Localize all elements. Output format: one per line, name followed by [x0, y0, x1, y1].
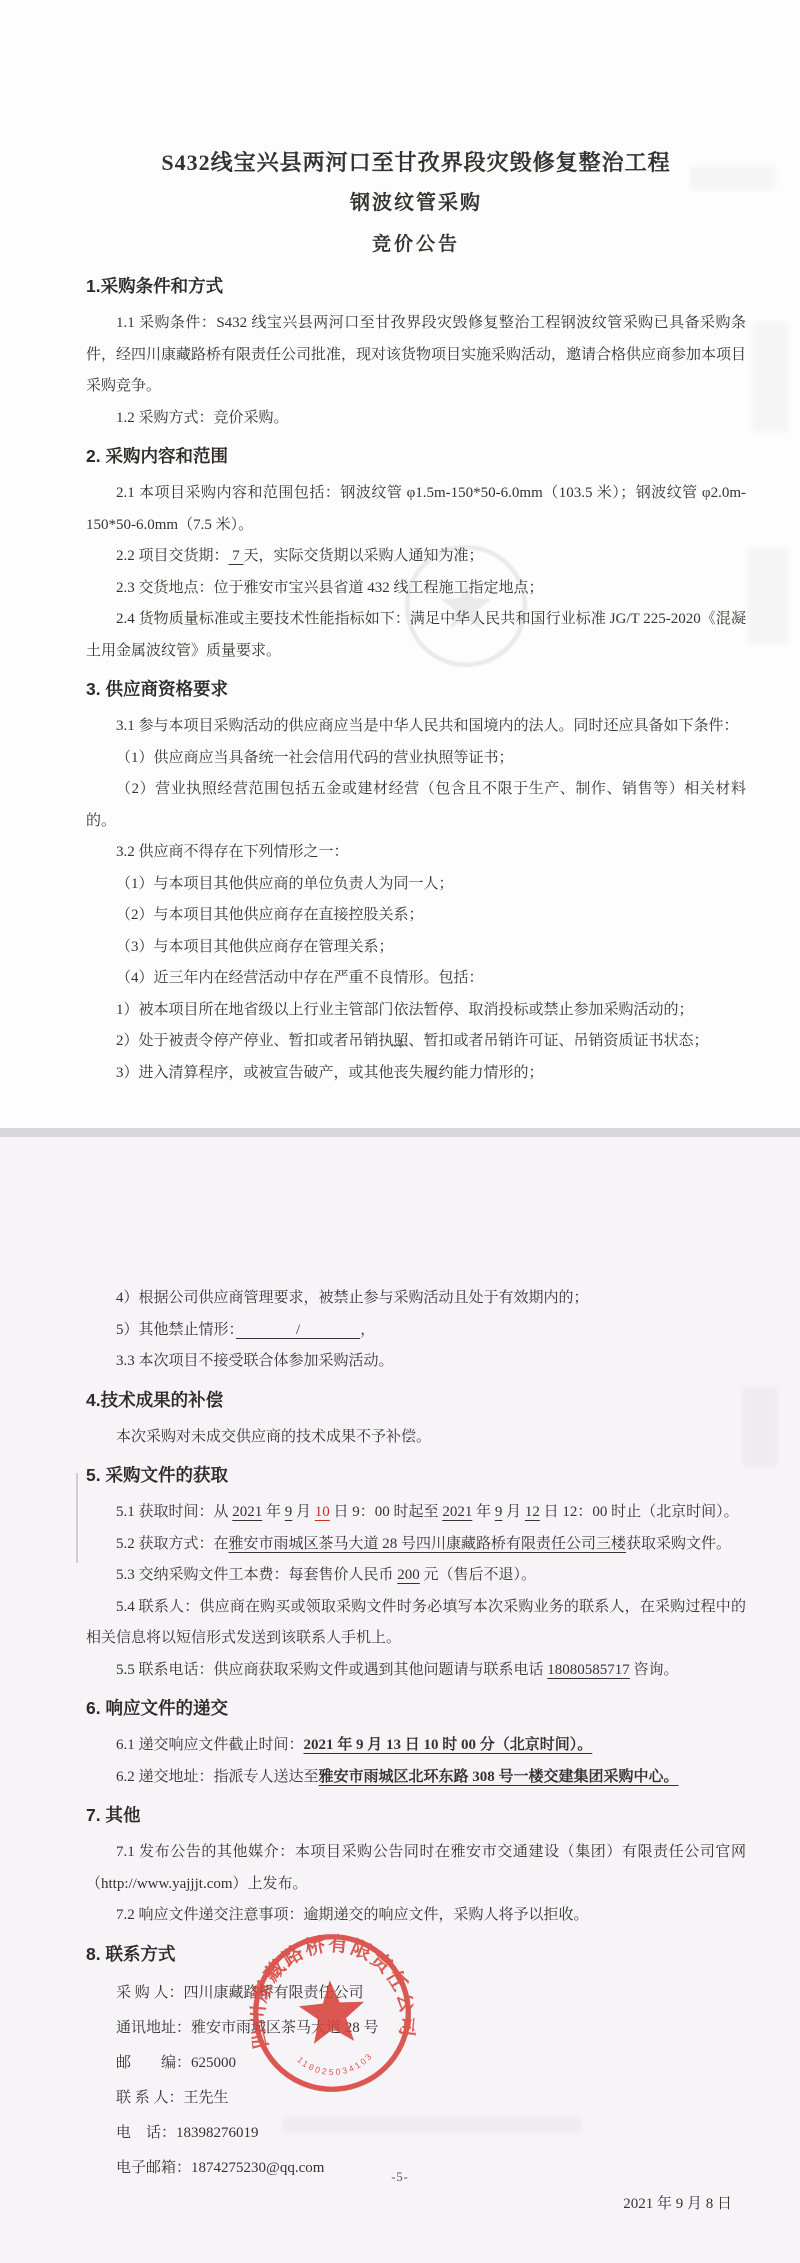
- page-number: -5-: [0, 2170, 800, 2185]
- contact-purchaser: 采 购 人：四川康藏路桥有限责任公司: [86, 1976, 746, 2011]
- clause-1-2: 1.2 采购方式：竞价采购。: [86, 403, 746, 435]
- clause-2-2: 2.2 项目交货期： 7 天，实际交货期以采购人通知为准；: [86, 541, 746, 573]
- clause-3-2-item-2: （2）与本项目其他供应商存在直接控股关系；: [86, 900, 746, 932]
- section-5-heading: 5. 采购文件的获取: [86, 1453, 746, 1497]
- clause-2-1: 2.1 本项目采购内容和范围包括：钢波纹管 φ1.5m-150*50-6.0mm…: [86, 478, 746, 541]
- document-page-2: 4）根据公司供应商管理要求，被禁止参与采购活动且处于有效期内的；5）其他禁止情形…: [0, 1137, 800, 2263]
- page-1-content: S432线宝兴县两河口至甘孜界段灾毁修复整治工程 钢波纹管采购 竞价公告 1.采…: [0, 0, 800, 1089]
- contact-phone: 电 话：18398276019: [86, 2116, 746, 2151]
- section-7-heading: 7. 其他: [86, 1793, 746, 1837]
- section-6-heading: 6. 响应文件的递交: [86, 1686, 746, 1730]
- section-3-heading: 3. 供应商资格要求: [86, 667, 746, 711]
- clause-3-2-item-3: （3）与本项目其他供应商存在管理关系；: [86, 932, 746, 964]
- page-1-body: 1.采购条件和方式1.1 采购条件：S432 线宝兴县两河口至甘孜界段灾毁修复整…: [86, 264, 746, 1089]
- clause-2-4: 2.4 货物质量标准或主要技术性能指标如下：满足中华人民共和国行业标准 JG/T…: [86, 604, 746, 667]
- clause-3-2: 3.2 供应商不得存在下列情形之一：: [86, 837, 746, 869]
- clause-3-2-item-1: （1）与本项目其他供应商的单位负责人为同一人；: [86, 869, 746, 901]
- clause-3-2-item-4: （4）近三年内在经营活动中存在严重不良情形。包括：: [86, 963, 746, 995]
- issue-date: 2021 年 9 月 8 日: [86, 2188, 746, 2221]
- section-4-heading: 4.技术成果的补偿: [86, 1378, 746, 1422]
- clause-2-3: 2.3 交货地点：位于雅安市宝兴县省道 432 线工程施工指定地点；: [86, 573, 746, 605]
- clause-3-1: 3.1 参与本项目采购活动的供应商应当是中华人民共和国境内的法人。同时还应具备如…: [86, 711, 746, 743]
- clause-3-2-item-4-1: 1）被本项目所在地省级以上行业主管部门依法暂停、取消投标或禁止参加采购活动的；: [86, 995, 746, 1027]
- clause-5-3: 5.3 交纳采购文件工本费：每套售价人民币 200 元（售后不退）。: [86, 1560, 746, 1592]
- page-separator: [0, 1128, 800, 1137]
- page-2-body: 4）根据公司供应商管理要求，被禁止参与采购活动且处于有效期内的；5）其他禁止情形…: [86, 1283, 746, 2221]
- clause-1-1: 1.1 采购条件：S432 线宝兴县两河口至甘孜界段灾毁修复整治工程钢波纹管采购…: [86, 308, 746, 403]
- contact-postcode: 邮 编：625000: [86, 2046, 746, 2081]
- contact-person: 联 系 人：王先生: [86, 2081, 746, 2116]
- contact-address: 通讯地址：雅安市雨城区茶马大道 28 号: [86, 2011, 746, 2046]
- section-2-heading: 2. 采购内容和范围: [86, 434, 746, 478]
- announcement-type: 竞价公告: [86, 226, 746, 264]
- section-8-heading: 8. 联系方式: [86, 1932, 746, 1976]
- clause-5-2: 5.2 获取方式：在雅安市雨城区茶马大道 28 号四川康藏路桥有限责任公司三楼获…: [86, 1529, 746, 1561]
- clause-3-2-item-4-5: 5）其他禁止情形： / ，: [86, 1315, 746, 1347]
- document-page-1: S432线宝兴县两河口至甘孜界段灾毁修复整治工程 钢波纹管采购 竞价公告 1.采…: [0, 0, 800, 1128]
- section-1-heading: 1.采购条件和方式: [86, 264, 746, 308]
- document-subtitle: 钢波纹管采购: [86, 180, 746, 226]
- clause-5-1: 5.1 获取时间：从 2021 年 9 月 10 日 9：00 时起至 2021…: [86, 1497, 746, 1529]
- clause-3-2-item-4-4: 4）根据公司供应商管理要求，被禁止参与采购活动且处于有效期内的；: [86, 1283, 746, 1315]
- document-title: S432线宝兴县两河口至甘孜界段灾毁修复整治工程: [86, 0, 746, 180]
- clause-7-1: 7.1 发布公告的其他媒介：本项目采购公告同时在雅安市交通建设（集团）有限责任公…: [86, 1837, 746, 1900]
- clause-3-1-item-2: （2）营业执照经营范围包括五金或建材经营（包含且不限于生产、制作、销售等）相关材…: [86, 774, 746, 837]
- clause-4-1: 本次采购对未成交供应商的技术成果不予补偿。: [86, 1422, 746, 1454]
- clause-3-1-item-1: （1）供应商应当具备统一社会信用代码的营业执照等证书；: [86, 743, 746, 775]
- page-2-content: 4）根据公司供应商管理要求，被禁止参与采购活动且处于有效期内的；5）其他禁止情形…: [0, 1137, 800, 2221]
- clause-6-1: 6.1 递交响应文件截止时间：2021 年 9 月 13 日 10 时 00 分…: [86, 1730, 746, 1762]
- clause-3-3: 3.3 本次项目不接受联合体参加采购活动。: [86, 1346, 746, 1378]
- page-number: -4-: [0, 1037, 800, 1052]
- clause-5-4: 5.4 联系人：供应商在购买或领取采购文件时务必填写本次采购业务的联系人，在采购…: [86, 1592, 746, 1655]
- clause-7-2: 7.2 响应文件递交注意事项：逾期递交的响应文件，采购人将予以拒收。: [86, 1900, 746, 1932]
- clause-6-2: 6.2 递交地址：指派专人送达至雅安市雨城区北环东路 308 号一楼交建集团采购…: [86, 1762, 746, 1794]
- clause-5-5: 5.5 联系电话：供应商获取采购文件或遇到其他问题请与联系电话 18080585…: [86, 1655, 746, 1687]
- clause-3-2-item-4-3: 3）进入清算程序，或被宣告破产，或其他丧失履约能力情形的；: [86, 1058, 746, 1090]
